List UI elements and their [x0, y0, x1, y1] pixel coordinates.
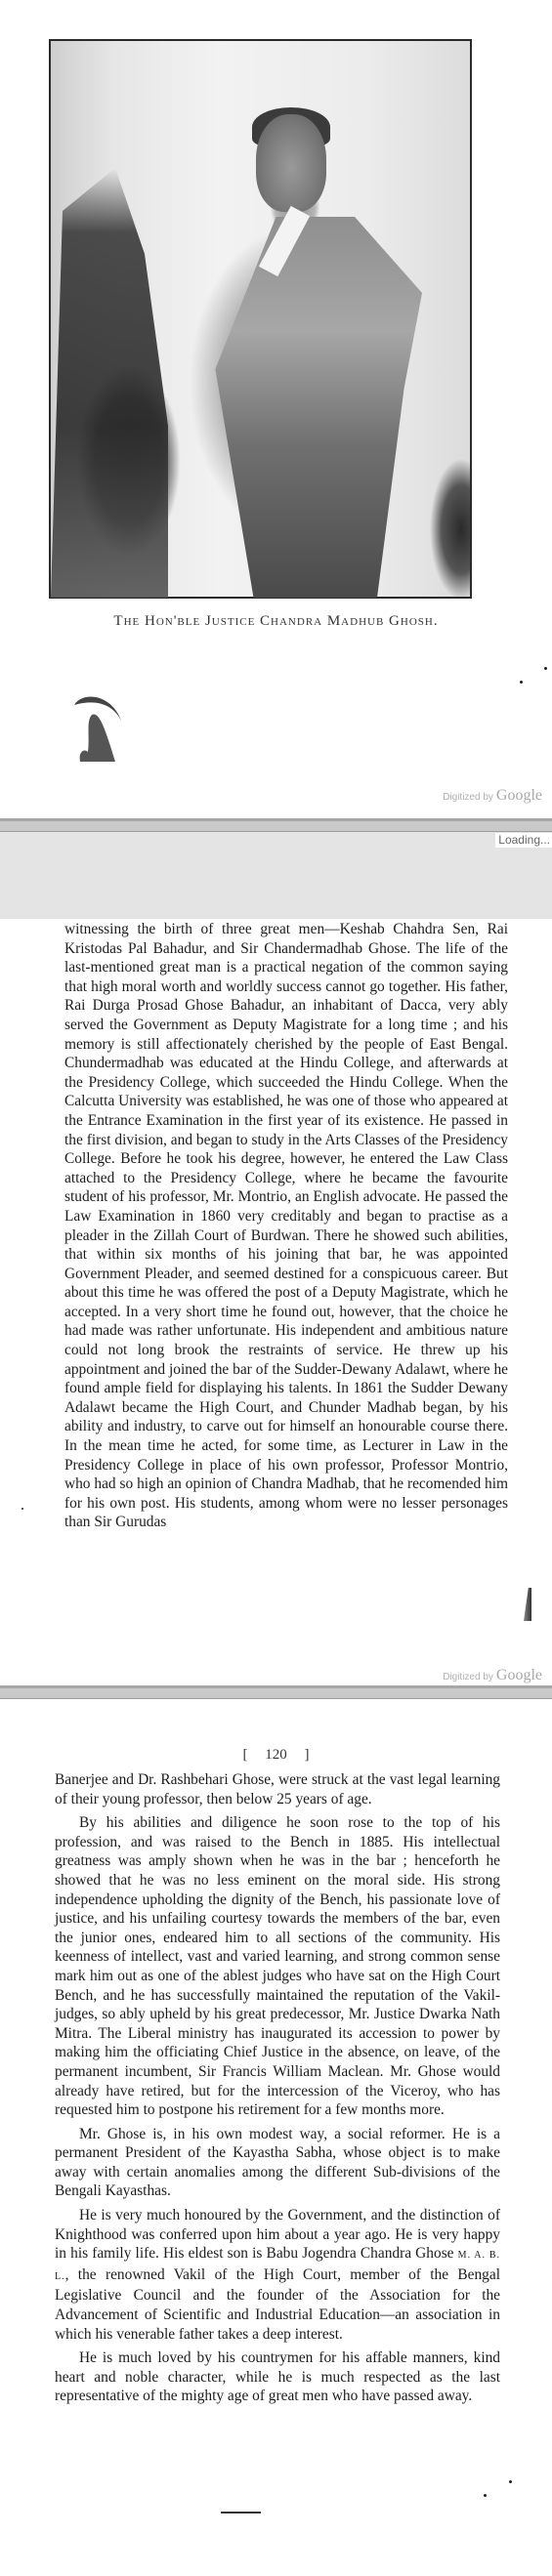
- book-page-plate: The Hon'ble Justice Chandra Madhub Ghosh…: [0, 0, 552, 818]
- speck-mark: [544, 667, 547, 670]
- end-rule: [221, 2512, 261, 2514]
- paragraph: He is very much honoured by the Governme…: [55, 2206, 500, 2344]
- clipped-line: The year 1836 is important in the histor…: [64, 919, 508, 920]
- google-wordmark: Google: [496, 1667, 542, 1683]
- portrait-photograph: [49, 39, 472, 599]
- watermark-prefix: Digitized by: [443, 792, 493, 803]
- paragraph: witnessing the birth of three great men—…: [64, 920, 508, 1532]
- paragraph: Mr. Ghose is, in his own modest way, a s…: [55, 2125, 500, 2201]
- speck-mark: [21, 1508, 23, 1510]
- page-divider: [0, 818, 552, 832]
- plate-caption: The Hon'ble Justice Chandra Madhub Ghosh…: [0, 613, 552, 630]
- ink-blot-icon: [72, 691, 123, 766]
- body-text: Banerjee and Dr. Rashbehari Ghose, were …: [55, 1770, 500, 2406]
- speck-mark: [520, 681, 523, 684]
- digitized-watermark: Digitized byGoogle: [443, 787, 542, 805]
- paragraph: Banerjee and Dr. Rashbehari Ghose, were …: [55, 1770, 500, 1808]
- loading-indicator: Loading...: [495, 833, 552, 848]
- digitized-watermark: Digitized byGoogle: [443, 1667, 542, 1684]
- speck-mark: [509, 2480, 512, 2483]
- paragraph: He is much loved by his countrymen for h…: [55, 2348, 500, 2406]
- photo-face: [256, 114, 326, 212]
- book-page-text: The year 1836 is important in the histor…: [0, 919, 552, 1685]
- google-wordmark: Google: [496, 787, 542, 804]
- photo-statuette: [51, 168, 168, 598]
- loading-page-placeholder: Loading...: [0, 832, 552, 919]
- body-text: The year 1836 is important in the histor…: [64, 919, 508, 1532]
- page-divider: [0, 1685, 552, 1699]
- speck-mark: [484, 2494, 487, 2497]
- watermark-prefix: Digitized by: [443, 1672, 493, 1683]
- book-page-text: [ 120 ] Banerjee and Dr. Rashbehari Ghos…: [0, 1701, 552, 2576]
- paragraph: By his abilities and diligence he soon r…: [55, 1813, 500, 2120]
- edge-ink-mark: [524, 1588, 531, 1621]
- photo-judicial-gown: [197, 217, 422, 598]
- page-number: [ 120 ]: [0, 1747, 552, 1764]
